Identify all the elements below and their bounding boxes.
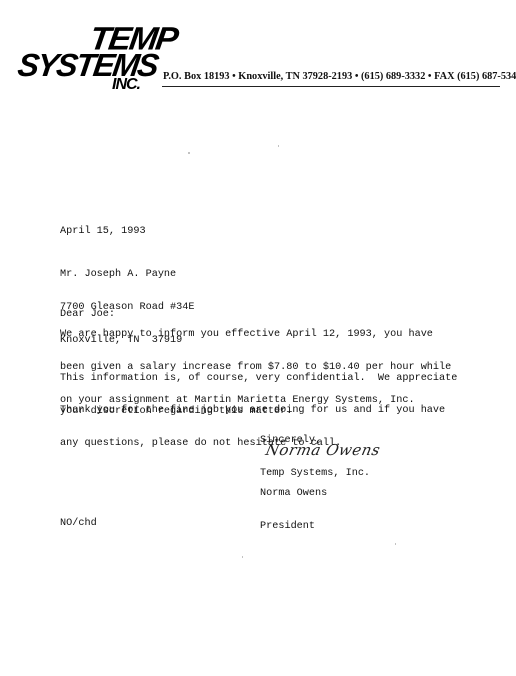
scan-speck bbox=[188, 152, 190, 154]
letter-body: April 15, 1993 Mr. Joseph A. Payne 7700 … bbox=[60, 0, 72, 154]
paragraph-line: Thank you for the fine job you are doing… bbox=[60, 405, 445, 416]
signer-block: Norma Owens President bbox=[260, 466, 327, 543]
recipient-name: Mr. Joseph A. Payne bbox=[60, 269, 195, 280]
logo-inc-text: INC. bbox=[112, 76, 140, 94]
letterhead-divider bbox=[162, 86, 500, 87]
reference-initials: NO/chd bbox=[60, 496, 97, 551]
letterhead-address: P.O. Box 18193 • Knoxville, TN 37928-219… bbox=[163, 71, 516, 82]
company-logo: TEMP SYSTEMS INC. bbox=[18, 24, 168, 96]
scan-speck bbox=[395, 543, 396, 545]
paragraph-line: any questions, please do not hesitate to… bbox=[60, 438, 445, 449]
paragraph-thanks: Thank you for the fine job you are doing… bbox=[60, 383, 445, 471]
signer-title: President bbox=[260, 521, 327, 532]
scan-speck bbox=[242, 556, 243, 558]
scan-speck bbox=[278, 145, 279, 147]
date-text: April 15, 1993 bbox=[60, 226, 146, 237]
paragraph-line: We are happy to inform you effective Apr… bbox=[60, 329, 451, 340]
handwritten-signature: Norma Owens bbox=[264, 441, 382, 459]
initials-text: NO/chd bbox=[60, 518, 97, 529]
signer-name: Norma Owens bbox=[260, 488, 327, 499]
